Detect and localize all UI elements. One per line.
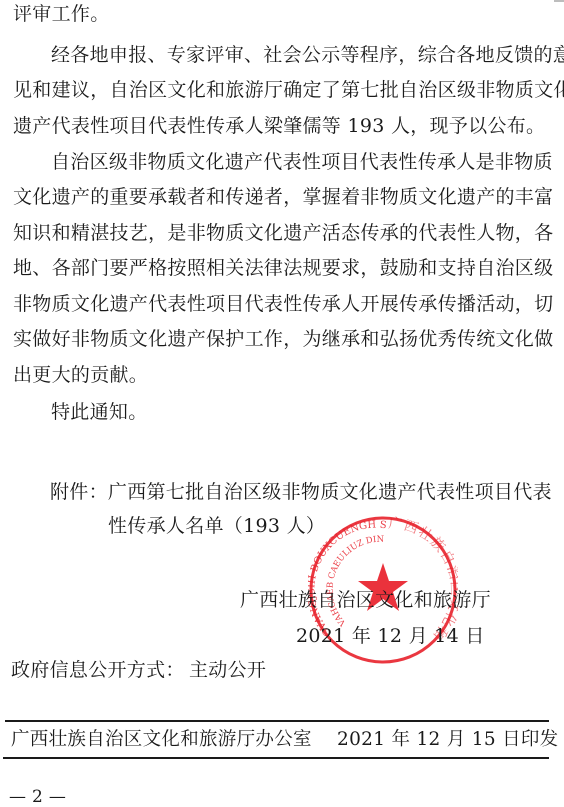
body-line: 实做好非物质文化遗产保护工作，为继承和弘扬优秀传统文化做 bbox=[13, 327, 553, 351]
body-line: 自治区级非物质文化遗产代表性项目代表性传承人是非物质 bbox=[51, 150, 553, 174]
body-line: 出更大的贡献。 bbox=[13, 363, 148, 387]
page-number: — 2 — bbox=[9, 785, 66, 807]
attachment-line-1: 附件：广西第七批自治区级非物质文化遗产代表性项目代表 bbox=[50, 480, 552, 504]
body-line: 遗产代表性项目代表性传承人梁肇儒等 193 人，现予以公布。 bbox=[13, 114, 545, 138]
body-line: 经各地申报、专家评审、社会公示等程序，综合各地反馈的意 bbox=[51, 43, 564, 67]
issue-date: 2021 年 12 月 14 日 bbox=[296, 624, 485, 648]
footer-bottom-rule bbox=[3, 757, 549, 759]
footer-print-date: 2021 年 12 月 15 日印发 bbox=[337, 728, 558, 752]
footer-top-rule bbox=[5, 720, 549, 722]
body-line: 知识和精湛技艺，是非物质文化遗产活态传承的代表性人物，各 bbox=[13, 221, 553, 245]
footer-office: 广西壮族自治区文化和旅游厅办公室 bbox=[11, 728, 312, 752]
body-line: 地、各部门要严格按照相关法律法规要求，鼓励和支持自治区级 bbox=[13, 256, 553, 280]
page-corner-mark bbox=[554, 0, 564, 2]
body-line: 非物质文化遗产代表性项目代表性传承人开展传承传播活动，切 bbox=[13, 292, 553, 316]
disclosure-label: 政府信息公开方式： bbox=[11, 658, 185, 682]
disclosure-value: 主动公开 bbox=[189, 658, 266, 682]
body-line: 评审工作。 bbox=[13, 2, 110, 26]
issuer-name: 广西壮族自治区文化和旅游厅 bbox=[240, 588, 491, 612]
attachment-line-2: 性传承人名单（193 人） bbox=[108, 514, 325, 538]
body-line: 见和建议，自治区文化和旅游厅确定了第七批自治区级非物质文化 bbox=[13, 78, 564, 102]
closing-line: 特此通知。 bbox=[51, 400, 148, 424]
body-line: 文化遗产的重要承载者和传递者，掌握着非物质文化遗产的丰富 bbox=[13, 185, 553, 209]
